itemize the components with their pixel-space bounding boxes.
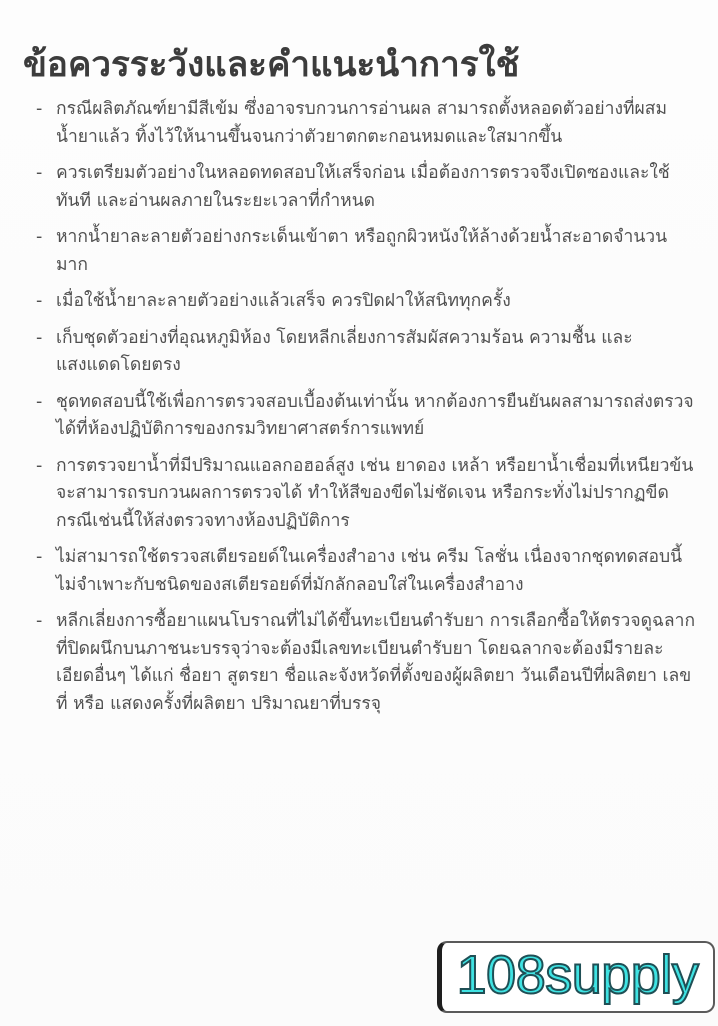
bullet-dash: -	[36, 288, 42, 316]
list-item: - เมื่อใช้น้ำยาละลายตัวอย่างแล้วเสร็จ คว…	[36, 288, 696, 316]
bullet-dash: -	[36, 389, 42, 417]
list-item: - หลีกเลี่ยงการซื้อยาแผนโบราณที่ไม่ได้ขึ…	[36, 608, 696, 718]
bullet-dash: -	[36, 160, 42, 188]
bullet-dash: -	[36, 224, 42, 252]
bullet-dash: -	[36, 608, 42, 636]
list-item-text: หากน้ำยาละลายตัวอย่างกระเด็นเข้าตา หรือถ…	[56, 227, 667, 275]
list-item-text: ควรเตรียมตัวอย่างในหลอดทดสอบให้เสร็จก่อน…	[56, 163, 670, 211]
list-item-text: เมื่อใช้น้ำยาละลายตัวอย่างแล้วเสร็จ ควรป…	[56, 291, 511, 311]
bullet-dash: -	[36, 325, 42, 353]
list-item-text: ไม่สามารถใช้ตรวจสเตียรอยด์ในเครื่องสำอาง…	[56, 547, 682, 595]
list-item: - หากน้ำยาละลายตัวอย่างกระเด็นเข้าตา หรื…	[36, 224, 696, 279]
page-title: ข้อควรระวังและคำแนะนำการใช้	[23, 37, 519, 93]
bullet-dash: -	[36, 96, 42, 124]
list-item-text: เก็บชุดตัวอย่างที่อุณหภูมิห้อง โดยหลีกเล…	[56, 328, 633, 376]
list-item: - กรณีผลิตภัณฑ์ยามีสีเข้ม ซึ่งอาจรบกวนกา…	[36, 96, 696, 151]
list-item-text: การตรวจยาน้ำที่มีปริมาณแอลกอฮอล์สูง เช่น…	[56, 456, 693, 531]
list-item: - การตรวจยาน้ำที่มีปริมาณแอลกอฮอล์สูง เช…	[36, 453, 696, 536]
list-item: - ควรเตรียมตัวอย่างในหลอดทดสอบให้เสร็จก่…	[36, 160, 696, 215]
precautions-list: - กรณีผลิตภัณฑ์ยามีสีเข้ม ซึ่งอาจรบกวนกา…	[36, 96, 696, 727]
watermark-logo: 108supply	[437, 941, 715, 1013]
list-item-text: ชุดทดสอบนี้ใช้เพื่อการตรวจสอบเบื้องต้นเท…	[56, 392, 694, 440]
list-item: - เก็บชุดตัวอย่างที่อุณหภูมิห้อง โดยหลีก…	[36, 325, 696, 380]
document-page: ข้อควรระวังและคำแนะนำการใช้ - กรณีผลิตภั…	[0, 0, 718, 1026]
watermark-text: 108supply	[457, 945, 699, 1005]
list-item: - ชุดทดสอบนี้ใช้เพื่อการตรวจสอบเบื้องต้น…	[36, 389, 696, 444]
bullet-dash: -	[36, 544, 42, 572]
list-item-text: หลีกเลี่ยงการซื้อยาแผนโบราณที่ไม่ได้ขึ้น…	[56, 611, 695, 714]
bullet-dash: -	[36, 453, 42, 481]
list-item-text: กรณีผลิตภัณฑ์ยามีสีเข้ม ซึ่งอาจรบกวนการอ…	[56, 99, 667, 147]
list-item: - ไม่สามารถใช้ตรวจสเตียรอยด์ในเครื่องสำอ…	[36, 544, 696, 599]
